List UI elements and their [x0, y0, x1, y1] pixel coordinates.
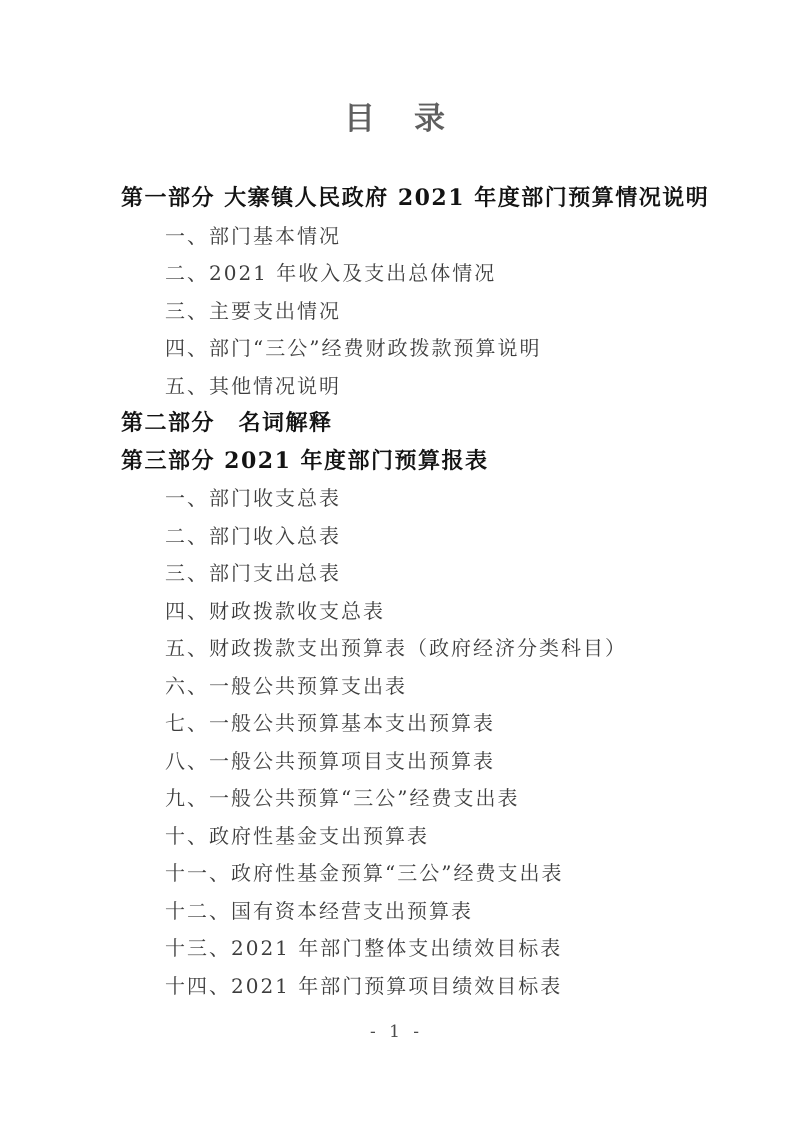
toc-item: 七、一般公共预算基本支出预算表 — [121, 705, 693, 743]
toc-body: 第一部分 大寨镇人民政府 2021 年度部门预算情况说明 一、部门基本情况 二、… — [121, 180, 693, 1005]
toc-item: 五、其他情况说明 — [121, 368, 693, 406]
toc-item: 十一、政府性基金预算“三公”经费支出表 — [121, 855, 693, 893]
toc-section-2-heading: 第二部分 名词解释 — [121, 405, 693, 443]
toc-item: 三、部门支出总表 — [121, 555, 693, 593]
toc-item: 一、部门基本情况 — [121, 218, 693, 256]
toc-section-3-heading: 第三部分 2021 年度部门预算报表 — [121, 443, 693, 481]
toc-item: 一、部门收支总表 — [121, 480, 693, 518]
page-number: - 1 - — [0, 1022, 793, 1042]
toc-title: 目 录 — [0, 93, 793, 138]
toc-item: 十、政府性基金支出预算表 — [121, 818, 693, 856]
toc-item: 十二、国有资本经营支出预算表 — [121, 893, 693, 931]
toc-item: 六、一般公共预算支出表 — [121, 668, 693, 706]
toc-item: 十三、2021 年部门整体支出绩效目标表 — [121, 930, 693, 968]
toc-item: 十四、2021 年部门预算项目绩效目标表 — [121, 968, 693, 1006]
toc-item: 三、主要支出情况 — [121, 293, 693, 331]
toc-section-1-heading: 第一部分 大寨镇人民政府 2021 年度部门预算情况说明 — [121, 180, 693, 218]
toc-item: 四、部门“三公”经费财政拨款预算说明 — [121, 330, 693, 368]
toc-item: 二、部门收入总表 — [121, 518, 693, 556]
toc-item: 二、2021 年收入及支出总体情况 — [121, 255, 693, 293]
toc-item: 五、财政拨款支出预算表（政府经济分类科目） — [121, 630, 693, 668]
toc-item: 八、一般公共预算项目支出预算表 — [121, 743, 693, 781]
toc-item: 四、财政拨款收支总表 — [121, 593, 693, 631]
toc-item: 九、一般公共预算“三公”经费支出表 — [121, 780, 693, 818]
document-page: 目 录 第一部分 大寨镇人民政府 2021 年度部门预算情况说明 一、部门基本情… — [0, 0, 793, 1122]
